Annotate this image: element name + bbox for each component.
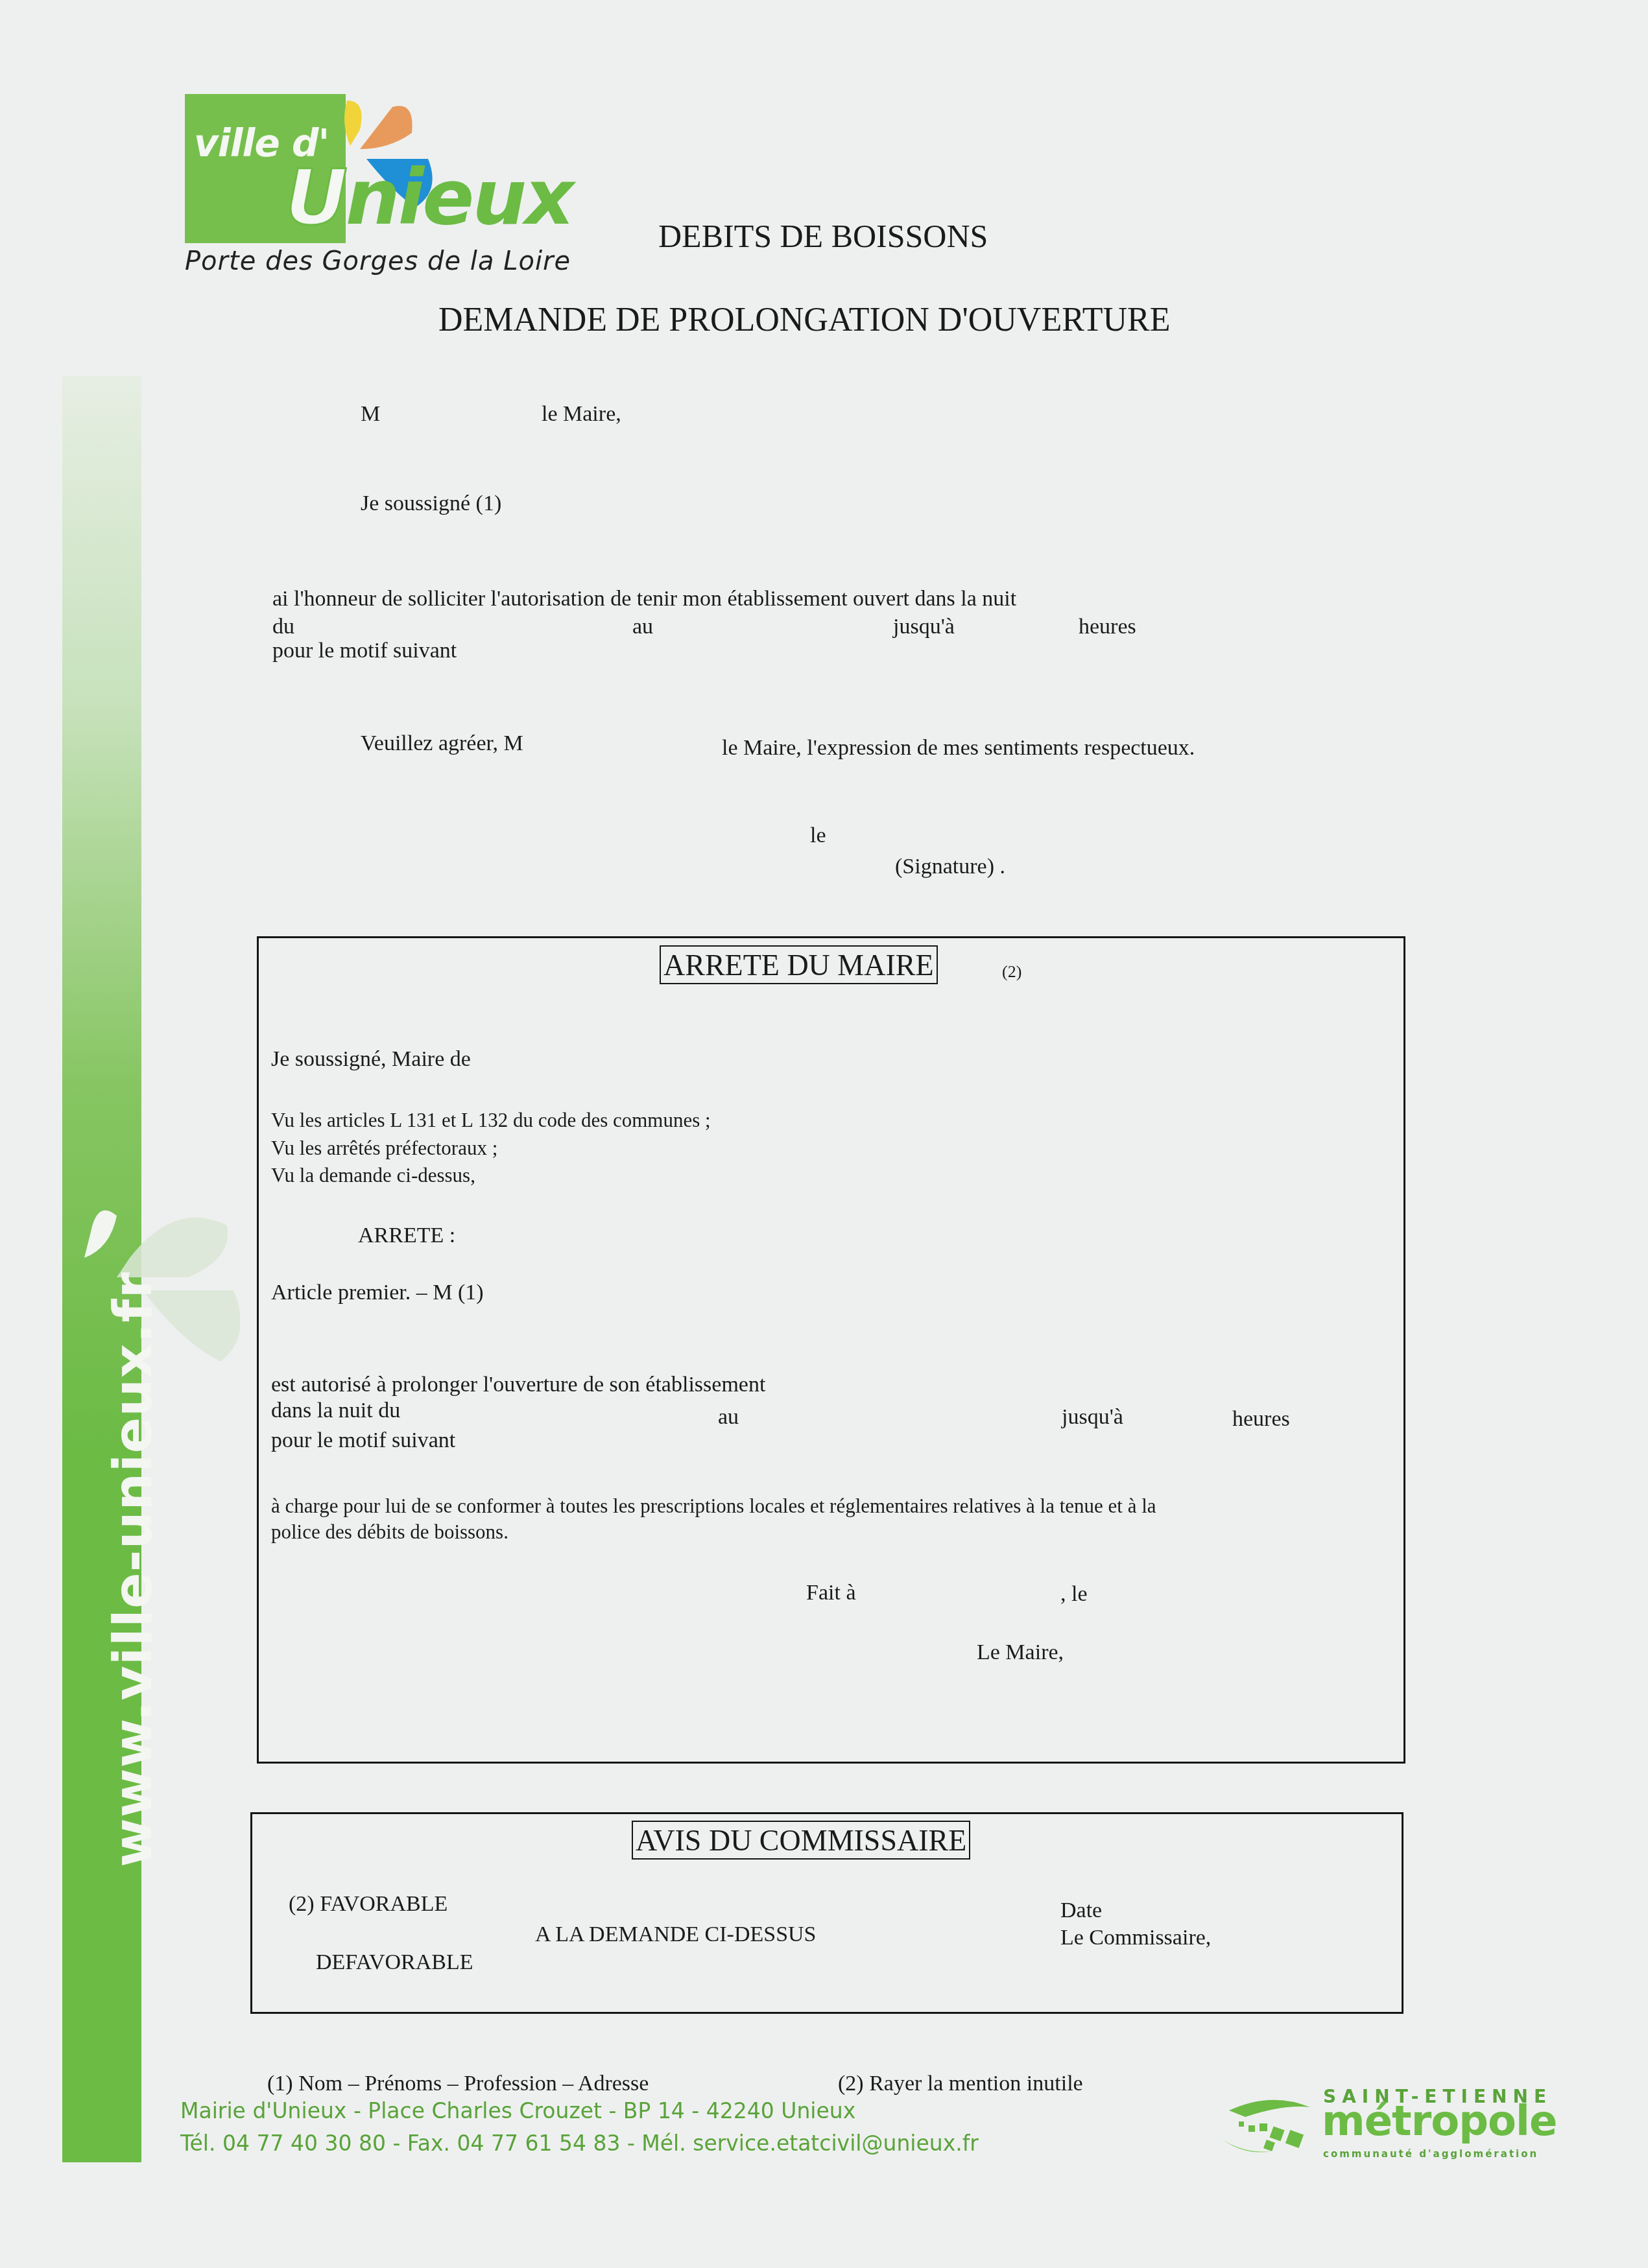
arrete-charge-line-1: à charge pour lui de se conformer à tout… [271,1494,1156,1518]
ville-unieux-logo: ville d' Unieux Porte des Gorges de la L… [185,94,574,282]
arrete-heures-label: heures [1232,1407,1290,1432]
arrete-signatory: Le Maire, [977,1640,1064,1665]
arrete-authorized: est autorisé à prolonger l'ouverture de … [271,1373,765,1397]
logo-unieux-initial: U [285,152,346,242]
footer-address: Mairie d'Unieux - Place Charles Crouzet … [180,2098,855,2123]
arrete-charge-line-2: police des débits de boissons. [271,1520,508,1544]
saint-etienne-metropole-logo: SAINT-ETIENNE métropole communauté d'agg… [1219,2085,1557,2162]
commissaire-signatory: Le Commissaire, [1060,1926,1211,1950]
request-au-label: au [632,615,653,639]
arrete-fait-a: Fait à [806,1581,855,1605]
footnote-2: (2) Rayer la mention inutile [838,2072,1083,2096]
arrete-vu-line-3: Vu la demande ci-dessus, [271,1164,475,1187]
arrete-vu-line-1: Vu les articles L 131 et L 132 du code d… [271,1109,711,1132]
footer-contact: Tél. 04 77 40 30 80 - Fax. 04 77 61 54 8… [180,2131,979,2156]
arrete-motif-label: pour le motif suivant [271,1428,455,1453]
arrete-jusqua-label: jusqu'à [1062,1405,1123,1430]
document-title: DEBITS DE BOISSONS [658,217,988,255]
metropole-line-3: communauté d'agglomération [1323,2148,1538,2160]
arrete-title: ARRETE DU MAIRE [660,945,938,984]
request-undersigned: Je soussigné (1) [361,491,501,516]
arrete-vu-line-2: Vu les arrêtés préfectoraux ; [271,1137,497,1160]
commissaire-favorable-option[interactable]: (2) FAVORABLE [289,1892,448,1917]
arrete-nuit-du-label: dans la nuit du [271,1399,400,1423]
request-heures-label: heures [1079,615,1136,639]
logo-tagline: Porte des Gorges de la Loire [185,246,571,276]
commissaire-demande-label: A LA DEMANDE CI-DESSUS [535,1922,817,1947]
footnote-1: (1) Nom – Prénoms – Profession – Adresse [267,2072,649,2096]
document-subtitle: DEMANDE DE PROLONGATION D'OUVERTURE [438,301,1171,339]
request-signature-label: (Signature) . [895,855,1005,879]
logo-unieux-rest: nieux [346,152,573,242]
salutation-m: M [361,402,380,427]
salutation-maire: le Maire, [542,402,621,427]
arrete-label: ARRETE : [358,1223,455,1248]
request-motif-label: pour le motif suivant [272,639,457,663]
closing-start: Veuillez agréer, M [361,731,523,756]
logo-unieux-text: Unieux [285,159,572,235]
commissaire-title: AVIS DU COMMISSAIRE [632,1821,970,1860]
arrete-date-le: , le [1060,1582,1088,1607]
arrete-undersigned: Je soussigné, Maire de [271,1047,471,1072]
metropole-line-2: métropole [1322,2097,1557,2145]
request-date-le: le [810,823,826,848]
commissaire-date-label: Date [1060,1898,1102,1923]
arrete-au-label: au [718,1405,739,1430]
closing-end: le Maire, l'expression de mes sentiments… [722,736,1195,761]
request-line: ai l'honneur de solliciter l'autorisatio… [272,587,1016,611]
arrete-article: Article premier. – M (1) [271,1281,484,1305]
request-jusqua-label: jusqu'à [893,615,955,639]
commissaire-defavorable-option[interactable]: DEFAVORABLE [316,1950,473,1975]
metropole-swoosh-icon [1219,2094,1336,2159]
website-url[interactable]: www.ville-unieux.fr [102,1271,164,1867]
arrete-title-note: (2) [1002,962,1021,982]
request-du-label: du [272,615,294,639]
